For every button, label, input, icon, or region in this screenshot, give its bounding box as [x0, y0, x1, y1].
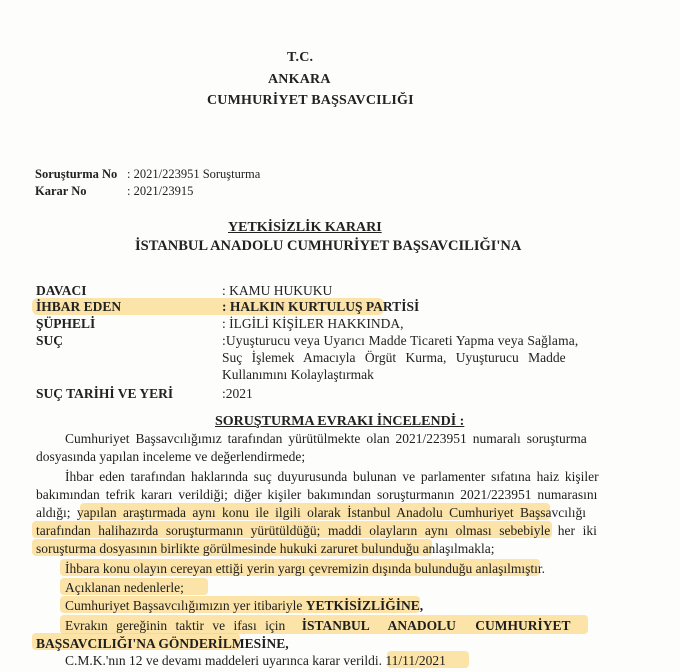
paragraph-6-bold: İSTANBUL ANADOLU CUMHURİYET	[302, 618, 571, 633]
section-heading: SORUŞTURMA EVRAKI İNCELENDİ :	[215, 414, 464, 430]
header-tc: T.C.	[287, 50, 313, 66]
paragraph-6-line-2-bold: BAŞSAVCILIĞI'NA GÖNDERİLMESİNE,	[36, 636, 289, 651]
paragraph-2-line-5: soruşturma dosyasının birlikte görülmesi…	[36, 541, 495, 557]
party-label-plaintiff: DAVACI	[36, 283, 87, 299]
paragraph-2-line-2: bakımından tefrik kararı verildiği; diğe…	[36, 487, 597, 503]
party-value-informant: : HALKIN KURTULUŞ PARTİSİ	[222, 299, 419, 315]
paragraph-2-line-3-highlighted: yapılan araştırmada aynı konu ile ilgili…	[77, 505, 586, 520]
paragraph-2-line-1: İhbar eden tarafından haklarında suç duy…	[65, 469, 599, 485]
party-value-crime-line3: Kullanımını Kolaylaştırmak	[222, 367, 374, 383]
paragraph-6-line-2: BAŞSAVCILIĞI'NA GÖNDERİLMESİNE,	[36, 636, 289, 652]
party-value-crime-line2: Suç İşlemek Amacıyla Örgüt Kurma, Uyuştu…	[222, 350, 566, 366]
paragraph-6-plain: Evrakın gereğinin taktir ve ifası için	[65, 618, 285, 633]
paragraph-5-plain: Cumhuriyet Başsavcılığımızın yer itibari…	[65, 598, 302, 613]
decision-no-value: : 2021/23915	[127, 184, 193, 199]
party-label-suspect: ŞÜPHELİ	[36, 316, 95, 332]
decision-recipient: İSTANBUL ANADOLU CUMHURİYET BAŞSAVCILIĞI…	[135, 238, 521, 255]
paragraph-1-line-1: Cumhuriyet Başsavcılığımız tarafından yü…	[65, 431, 587, 447]
investigation-no-label: Soruşturma No	[35, 167, 117, 182]
paragraph-5-bold: YETKİSİZLİĞİNE,	[306, 598, 423, 613]
header-office: CUMHURİYET BAŞSAVCILIĞI	[207, 93, 414, 109]
decision-no-label: Karar No	[35, 184, 87, 199]
paragraph-5: Cumhuriyet Başsavcılığımızın yer itibari…	[65, 598, 423, 614]
party-value-suspect: : İLGİLİ KİŞİLER HAKKINDA,	[222, 316, 403, 332]
paragraph-2-line-3-plain: aldığı;	[36, 505, 71, 520]
party-value-crime-line1: :Uyuşturucu veya Uyarıcı Madde Ticareti …	[222, 333, 578, 349]
party-label-informant: İHBAR EDEN	[36, 299, 121, 315]
paragraph-6-line-1: Evrakın gereğinin taktir ve ifası için İ…	[65, 618, 570, 634]
decision-title: YETKİSİZLİK KARARI	[228, 220, 382, 236]
header-city: ANKARA	[268, 72, 331, 88]
paragraph-7-plain: C.M.K.'nın 12 ve devamı maddeleri uyarın…	[65, 653, 382, 668]
party-value-crime-date: :2021	[222, 386, 253, 402]
party-value-plaintiff: : KAMU HUKUKU	[222, 283, 332, 299]
paragraph-4: Açıklanan nedenlerle;	[65, 580, 184, 596]
paragraph-3: İhbara konu olayın cereyan ettiği yerin …	[65, 561, 545, 577]
party-label-crime-date: SUÇ TARİHİ VE YERİ	[36, 386, 173, 402]
investigation-no-value: : 2021/223951 Soruşturma	[127, 167, 260, 182]
paragraph-2-line-3: aldığı; yapılan araştırmada aynı konu il…	[36, 505, 586, 521]
paragraph-7: C.M.K.'nın 12 ve devamı maddeleri uyarın…	[65, 653, 446, 669]
paragraph-2-line-4: tarafından halihazırda soruşturmanın yür…	[36, 523, 597, 539]
document-page: T.C. ANKARA CUMHURİYET BAŞSAVCILIĞI Soru…	[0, 0, 680, 672]
paragraph-1-line-2: dosyasında yapılan inceleme ve değerlend…	[36, 449, 305, 465]
decision-date: 11/11/2021	[385, 653, 446, 668]
party-label-crime: SUÇ	[36, 333, 63, 349]
